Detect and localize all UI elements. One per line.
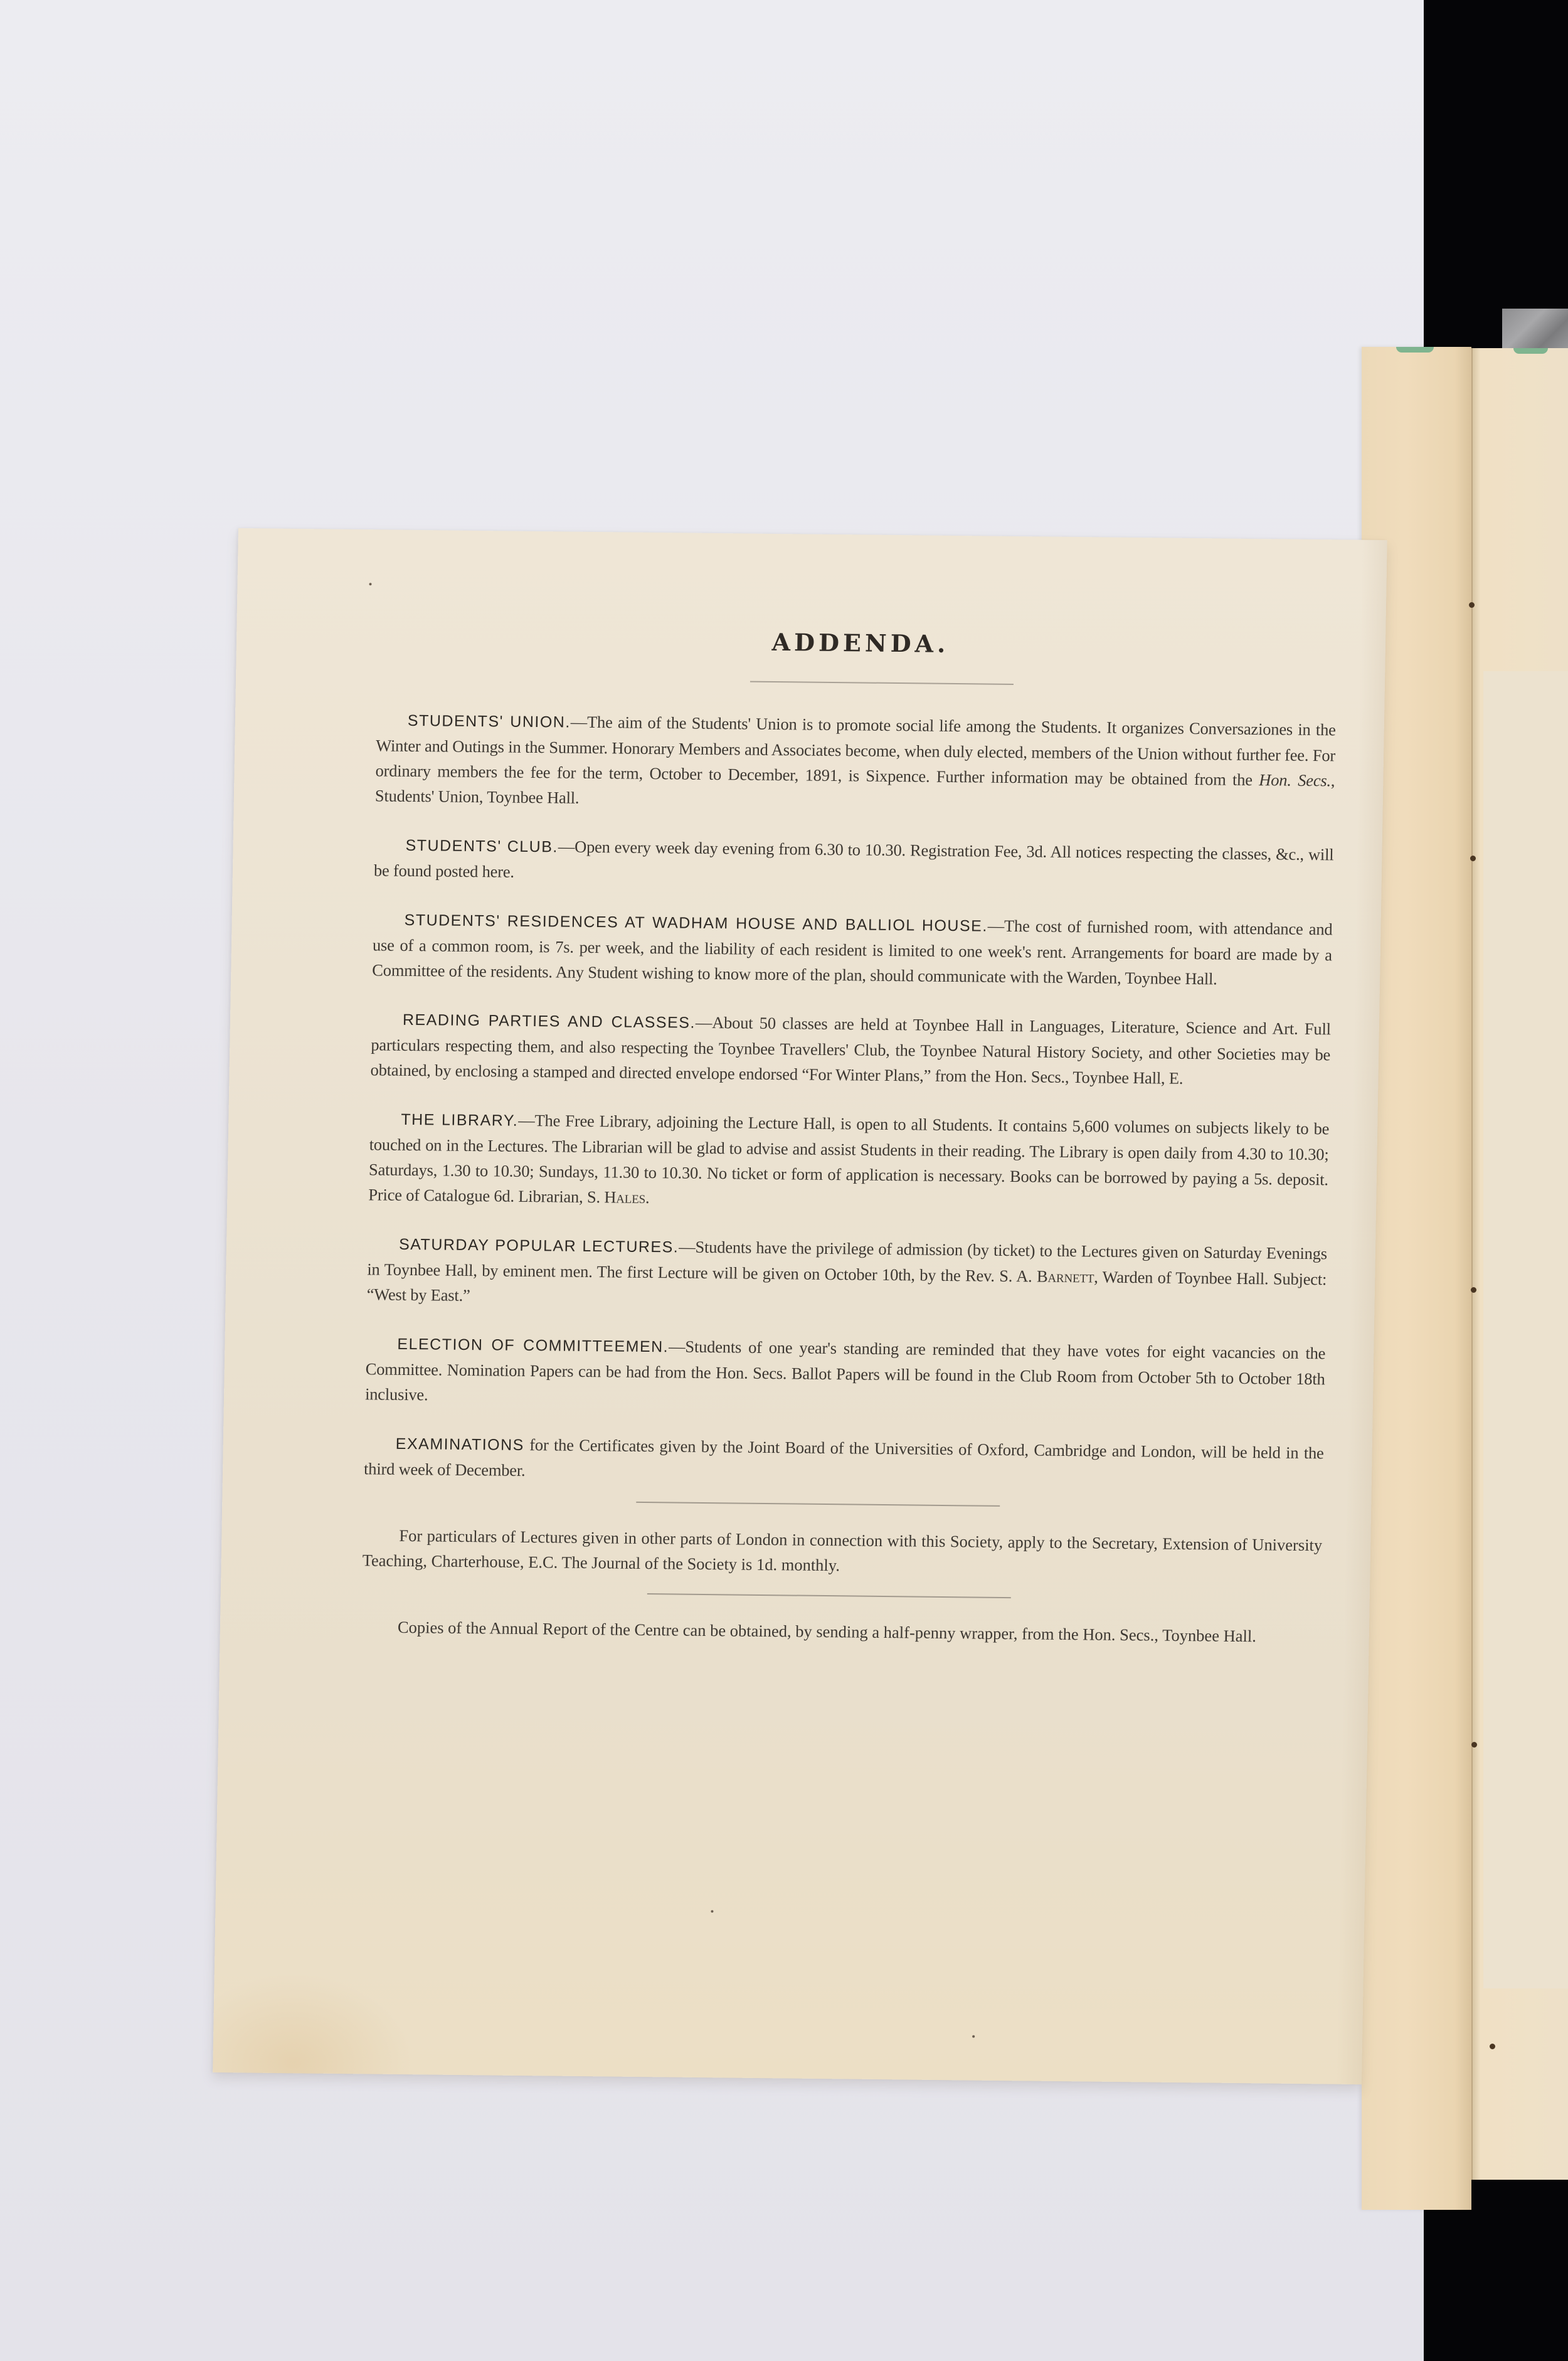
section-students-residences: STUDENTS' RESIDENCES AT WADHAM HOUSE AND…: [372, 906, 1333, 992]
note-text: For particulars of Lectures given in oth…: [363, 1525, 1092, 1552]
section-saturday-lectures: SATURDAY POPULAR LECTURES.—Students have…: [366, 1231, 1327, 1317]
binding-stitch-hole: [1471, 1742, 1477, 1748]
title-rule: [750, 681, 1014, 685]
section-reading-parties: READING PARTIES AND CLASSES.—About 50 cl…: [370, 1006, 1331, 1092]
binding-stitch-hole: [1471, 1287, 1476, 1293]
lecturer-name: Barnett: [1037, 1266, 1094, 1286]
separator-rule: [647, 1593, 1011, 1598]
section-heading: EXAMINATIONS: [364, 1435, 524, 1454]
section-library: THE LIBRARY.—The Free Library, adjoining…: [368, 1106, 1329, 1217]
section-heading: READING PARTIES AND CLASSES.: [371, 1011, 696, 1031]
section-students-club: STUDENTS' CLUB.—Open every week day even…: [374, 832, 1334, 893]
section-heading: STUDENTS' RESIDENCES AT WADHAM HOUSE AND…: [373, 911, 988, 935]
note-extension-lectures: For particulars of Lectures given in oth…: [362, 1522, 1322, 1583]
page-content: ADDENDA. STUDENTS' UNION.—The aim of the…: [361, 623, 1337, 1665]
section-heading: ELECTION OF COMMITTEEMEN.: [366, 1335, 669, 1356]
separator-rule: [636, 1502, 1000, 1507]
document-page: ADDENDA. STUDENTS' UNION.—The aim of the…: [213, 528, 1387, 2084]
section-body-italic: Hon. Secs.: [1259, 770, 1331, 790]
paper-speck: [369, 583, 371, 585]
section-examinations: EXAMINATIONS for the Certificates given …: [364, 1430, 1324, 1491]
page-title: ADDENDA.: [384, 623, 1338, 662]
tissue-paper-insert: [1502, 309, 1568, 351]
binding-stitch-hole: [1490, 2044, 1495, 2049]
note-text: Copies of the Annual Report of the Centr…: [361, 1617, 1256, 1645]
note-annual-report: Copies of the Annual Report of the Centr…: [361, 1614, 1321, 1649]
section-heading: STUDENTS' CLUB.: [374, 836, 558, 856]
librarian-name: Hales: [604, 1187, 645, 1207]
paper-speck: [972, 2035, 975, 2038]
section-election: ELECTION OF COMMITTEEMEN.—Students of on…: [365, 1330, 1326, 1416]
binding-stitch-hole: [1469, 602, 1475, 608]
section-heading: THE LIBRARY.: [369, 1110, 518, 1129]
binding-stitch-hole: [1470, 856, 1476, 861]
paper-speck: [711, 1910, 713, 1913]
note-italic: Secretary: [1092, 1533, 1154, 1552]
binding-inner-panel: [1483, 671, 1568, 1988]
section-heading: SATURDAY POPULAR LECTURES.: [368, 1235, 679, 1256]
section-students-union: STUDENTS' UNION.—The aim of the Students…: [375, 707, 1336, 818]
section-body-end: .: [645, 1188, 650, 1207]
section-heading: STUDENTS' UNION.: [376, 711, 571, 731]
